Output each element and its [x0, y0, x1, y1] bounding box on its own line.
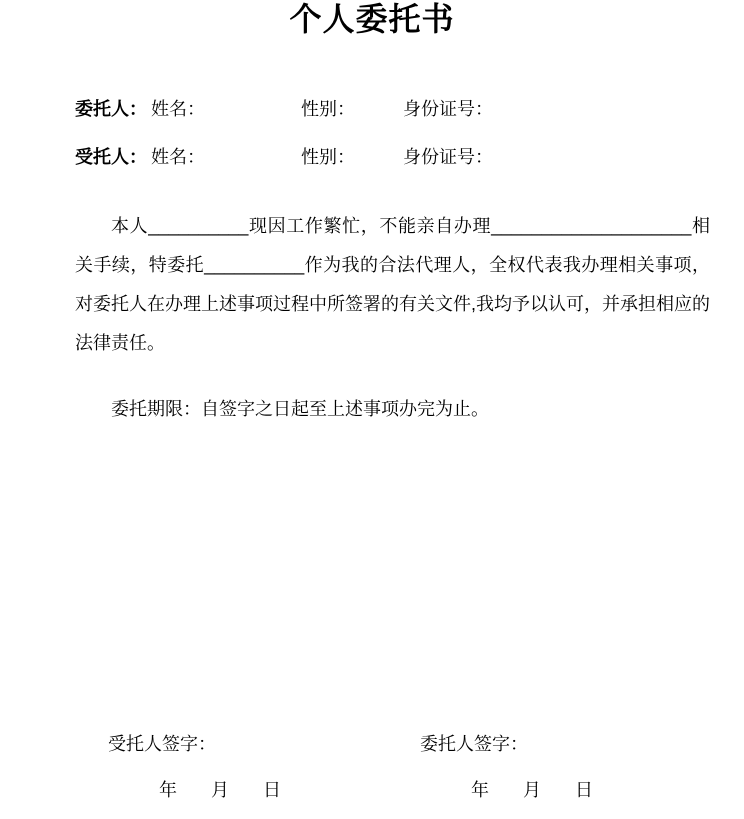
party-row-principal: 委托人： 姓名： 性别： 身份证号：	[75, 98, 744, 120]
page-title: 个人委托书	[0, 0, 744, 38]
party-row-trustee: 受托人： 姓名： 性别： 身份证号：	[75, 146, 744, 168]
trustee-date-month-label: 月	[211, 779, 229, 801]
trustee-signature-label: 受托人签字：	[108, 733, 281, 755]
document-page: 个人委托书 委托人： 姓名： 性别： 身份证号： 受托人： 姓名： 性别： 身份…	[0, 0, 744, 819]
trustee-signature-block: 受托人签字： 年 月 日	[108, 733, 281, 801]
principal-signature-block: 委托人签字： 年 月 日	[420, 733, 593, 801]
principal-date-day-label: 日	[575, 779, 593, 801]
trustee-date-day-label: 日	[263, 779, 281, 801]
trustee-date-line: 年 月 日	[108, 779, 281, 801]
trustee-name-field-label: 姓名：	[151, 146, 301, 168]
principal-date-month-label: 月	[523, 779, 541, 801]
body-paragraph: 本人__________现因工作繁忙，不能亲自办理_______________…	[0, 207, 744, 363]
principal-name-field-label: 姓名：	[151, 98, 301, 120]
parties-section: 委托人： 姓名： 性别： 身份证号： 受托人： 姓名： 性别： 身份证号：	[0, 98, 744, 168]
signatures-section: 受托人签字： 年 月 日 委托人签字： 年 月 日	[0, 733, 744, 819]
trustee-gender-field-label: 性别：	[301, 146, 403, 168]
trustee-role-label: 受托人：	[75, 146, 147, 168]
principal-id-field-label: 身份证号：	[403, 98, 493, 120]
term-line: 委托期限：自签字之日起至上述事项办完为止。	[0, 390, 744, 429]
principal-gender-field-label: 性别：	[301, 98, 403, 120]
trustee-id-field-label: 身份证号：	[403, 146, 493, 168]
trustee-date-year-label: 年	[159, 779, 177, 801]
principal-signature-label: 委托人签字：	[420, 733, 593, 755]
principal-date-year-label: 年	[471, 779, 489, 801]
principal-date-line: 年 月 日	[420, 779, 593, 801]
principal-role-label: 委托人：	[75, 98, 147, 120]
